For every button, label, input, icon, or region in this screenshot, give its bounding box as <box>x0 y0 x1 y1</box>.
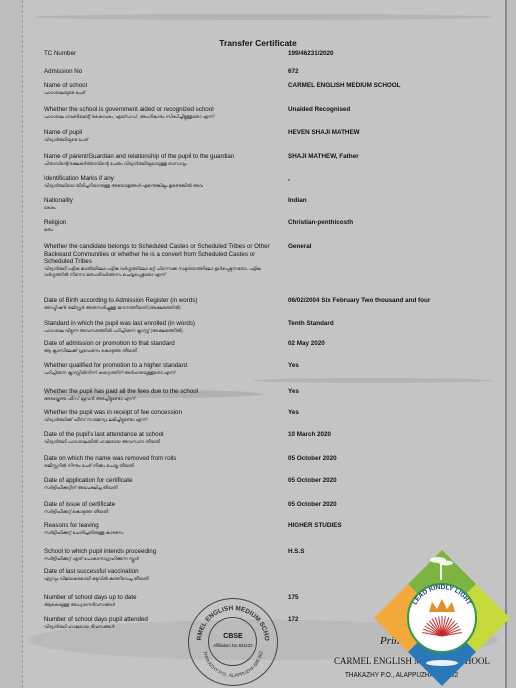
field-value: Tenth Standard <box>288 320 334 327</box>
field-label-english: Whether qualified for promotion to a hig… <box>44 362 187 369</box>
field-label: Reasons for leavingസർട്ടിഫിക്കറ്റ് ചോദിച… <box>44 522 279 536</box>
field-label-malayalam: പാഠശാല വിട്ടുന്ന അവസരത്തിൽ പഠിച്ചിരുന്ന … <box>44 328 279 334</box>
document-title: Transfer Certificate <box>0 38 516 48</box>
field-value: , <box>288 175 290 182</box>
field-label-malayalam: ദേശം <box>44 205 279 211</box>
field-value: 05 October 2020 <box>288 477 337 484</box>
field-label-malayalam: രജിസ്റ്ററിൽ നിന്നും പേര് നീക്കം ചെയ്ത തീ… <box>44 463 279 469</box>
field-label: Identification Marks if anyവിദ്യാർത്ഥിയെ… <box>44 175 279 189</box>
field-label: Whether qualified for promotion to a hig… <box>44 362 279 376</box>
field-label: Date of issue of certificateസർട്ടിഫിക്കറ… <box>44 501 279 515</box>
field-label-malayalam: പഠിച്ചിരുന്ന ക്ലാസ്സിൽനിന്ന് കയറ്റത്തിന്… <box>44 370 279 376</box>
field-value: 172 <box>288 616 299 623</box>
field-label: Standard in which the pupil was last enr… <box>44 320 279 334</box>
field-label: Date on which the name was removed from … <box>44 455 279 469</box>
field-label-malayalam: സർട്ടിഫിക്കറ്റിന് അപേക്ഷിച്ച തീയതി <box>44 485 279 491</box>
field-value: HIGHER STUDIES <box>288 522 342 529</box>
field-label: Date of last successful vaccinationഏറ്റവ… <box>44 568 279 582</box>
field-label-malayalam: പാഠശാല ഗവൺമെന്റ് കൈവശം, എയ്ഡഡ്, അംഗീകാരം… <box>44 114 279 120</box>
field-label-english: School to which pupil intends proceeding <box>44 548 156 555</box>
stamp-center-text: CBSE <box>189 633 277 640</box>
stamp-affiliation: Affiliation No.931132 <box>189 643 277 648</box>
school-seal: CARMEL ENGLISH MEDIUM SCHOOL THAKAZHY P.… <box>188 598 278 686</box>
field-label-malayalam: വിദ്യാർത്ഥിക്ക് ഫീസ് സൗജന്യം ലഭിച്ചിട്ടു… <box>44 417 279 423</box>
field-label-english: Number of school days up to date <box>44 594 137 601</box>
field-label-english: Identification Marks if any <box>44 175 114 182</box>
field-label: Name of pupilവിദ്യാർത്ഥിയുടെ പേര് <box>44 129 279 143</box>
field-label: Nationalityദേശം <box>44 197 279 211</box>
field-label: TC Number <box>44 50 279 58</box>
field-label: School to which pupil intends proceeding… <box>44 548 279 562</box>
field-label: Date of application for certificateസർട്ട… <box>44 477 279 491</box>
field-label-malayalam: വിദ്യാർത്ഥി പട്ടിക ജാതിയിലോ പട്ടിക വർഗ്ഗ… <box>44 266 279 278</box>
field-label-english: TC Number <box>44 50 76 57</box>
field-label-english: Name of school <box>44 82 87 89</box>
field-label-english: Date of the pupil's last attendance at s… <box>44 431 164 438</box>
field-value: 199/46231/2020 <box>288 50 334 57</box>
field-value: 10 March 2020 <box>288 431 331 438</box>
field-label-english: Date of last successful vaccination <box>44 568 139 575</box>
field-label-english: Religion <box>44 219 66 226</box>
field-label-malayalam: ആ ക്ലാസിലേക്ക് പ്രവേശനം കൊടുത്ത തീയതി <box>44 348 279 354</box>
field-label-english: Whether the school is government aided o… <box>44 106 214 113</box>
field-label-malayalam: മതം <box>44 227 279 233</box>
field-label-malayalam: വിദ്യാർത്ഥിയെ തിരിച്ചറിയാനുള്ള അടയാളങ്ങൾ… <box>44 183 279 189</box>
field-label-malayalam: വിദ്യാർത്ഥിയുടെ പേര് <box>44 137 279 143</box>
field-label: Whether the pupil was in receipt of fee … <box>44 409 279 423</box>
field-label: Religionമതം <box>44 219 279 233</box>
field-label-malayalam: ഏറ്റവും വിജയകരമായി ഒടുവിൽ കുത്തിവെച്ച തീ… <box>44 576 279 582</box>
field-value: 02 May 2020 <box>288 340 325 347</box>
field-value: CARMEL ENGLISH MEDIUM SCHOOL <box>288 82 401 89</box>
field-value: SHAJI MATHEW, Father <box>288 153 359 160</box>
field-value: 06/02/2004 Six February Two thousand and… <box>288 297 430 304</box>
field-label-english: Date of admission or promotion to that s… <box>44 340 175 347</box>
field-label-english: Whether the candidate belongs to Schedul… <box>44 243 270 265</box>
field-value: Indian <box>288 197 307 204</box>
field-label-english: Whether the pupil has paid all the fees … <box>44 388 198 395</box>
field-label-malayalam: സർട്ടിഫിക്കറ്റ് ഏത് പോകാനാഗ്രഹിക്കുന്ന സ… <box>44 556 279 562</box>
field-label-english: Reasons for leaving <box>44 522 99 529</box>
field-label-english: Standard in which the pupil was last enr… <box>44 320 195 327</box>
field-label-english: Date of application for certificate <box>44 477 132 484</box>
field-label-malayalam: അടയ്ക്കേണ്ട ഫീസ് മുഴുവൻ അടച്ചിട്ടുണ്ടോ എ… <box>44 396 279 402</box>
field-label: Date of Birth according to Admission Reg… <box>44 297 279 311</box>
field-label-english: Name of pupil <box>44 129 82 136</box>
field-label-malayalam: അഡ്മിഷൻ രജിസ്റ്റർ അനുസരിച്ചുള്ള ജനനത്തീയ… <box>44 305 279 311</box>
field-value: 05 October 2020 <box>288 501 337 508</box>
field-value: H.S.S <box>288 548 304 555</box>
field-value: 175 <box>288 594 299 601</box>
field-label: Whether the candidate belongs to Schedul… <box>44 243 279 278</box>
field-value: Yes <box>288 388 299 395</box>
field-label: Date of the pupil's last attendance at s… <box>44 431 279 445</box>
field-value: 672 <box>288 68 299 75</box>
field-label-english: Date on which the name was removed from … <box>44 455 176 462</box>
field-value: General <box>288 243 311 250</box>
field-label-english: Date of issue of certificate <box>44 501 115 508</box>
field-value: Yes <box>288 409 299 416</box>
field-label-english: Date of Birth according to Admission Reg… <box>44 297 197 304</box>
field-label: Admission No <box>44 68 279 76</box>
field-label-malayalam: പിതാവിന്റെ/രക്ഷകർത്താവിന്റെ പേരും വിദ്യാ… <box>44 161 279 167</box>
field-label-english: Number of school days pupil attended <box>44 616 148 623</box>
field-value: Unaided Recognised <box>288 106 350 113</box>
field-label-malayalam: പാഠശാലയുടെ പേര് <box>44 90 279 96</box>
field-label-english: Nationality <box>44 197 73 204</box>
field-label-malayalam: സർട്ടിഫിക്കറ്റ് കൊടുത്ത തീയതി <box>44 509 279 515</box>
school-logo: LEAD KINDLY LIGHT <box>372 548 512 688</box>
field-label: Name of parent/Guardian and relationship… <box>44 153 279 167</box>
field-label-english: Name of parent/Guardian and relationship… <box>44 153 234 160</box>
field-label-english: Admission No <box>44 68 82 75</box>
field-label-malayalam: സർട്ടിഫിക്കറ്റ് ചോദിച്ചതിനുള്ള കാരണം <box>44 530 279 536</box>
field-label: Name of schoolപാഠശാലയുടെ പേര് <box>44 82 279 96</box>
field-value: Christian-penthicosth <box>288 219 353 226</box>
field-label: Date of admission or promotion to that s… <box>44 340 279 354</box>
field-label-malayalam: വിദ്യാർത്ഥി പാഠശാലയിൽ ഹാജരായ അവസാന തീയതി <box>44 439 279 445</box>
field-value: 05 October 2020 <box>288 455 337 462</box>
field-label: Whether the pupil has paid all the fees … <box>44 388 279 402</box>
field-value: Yes <box>288 362 299 369</box>
field-label-english: Whether the pupil was in receipt of fee … <box>44 409 182 416</box>
field-value: HEVEN SHAJI MATHEW <box>288 129 360 136</box>
field-label: Whether the school is government aided o… <box>44 106 279 120</box>
